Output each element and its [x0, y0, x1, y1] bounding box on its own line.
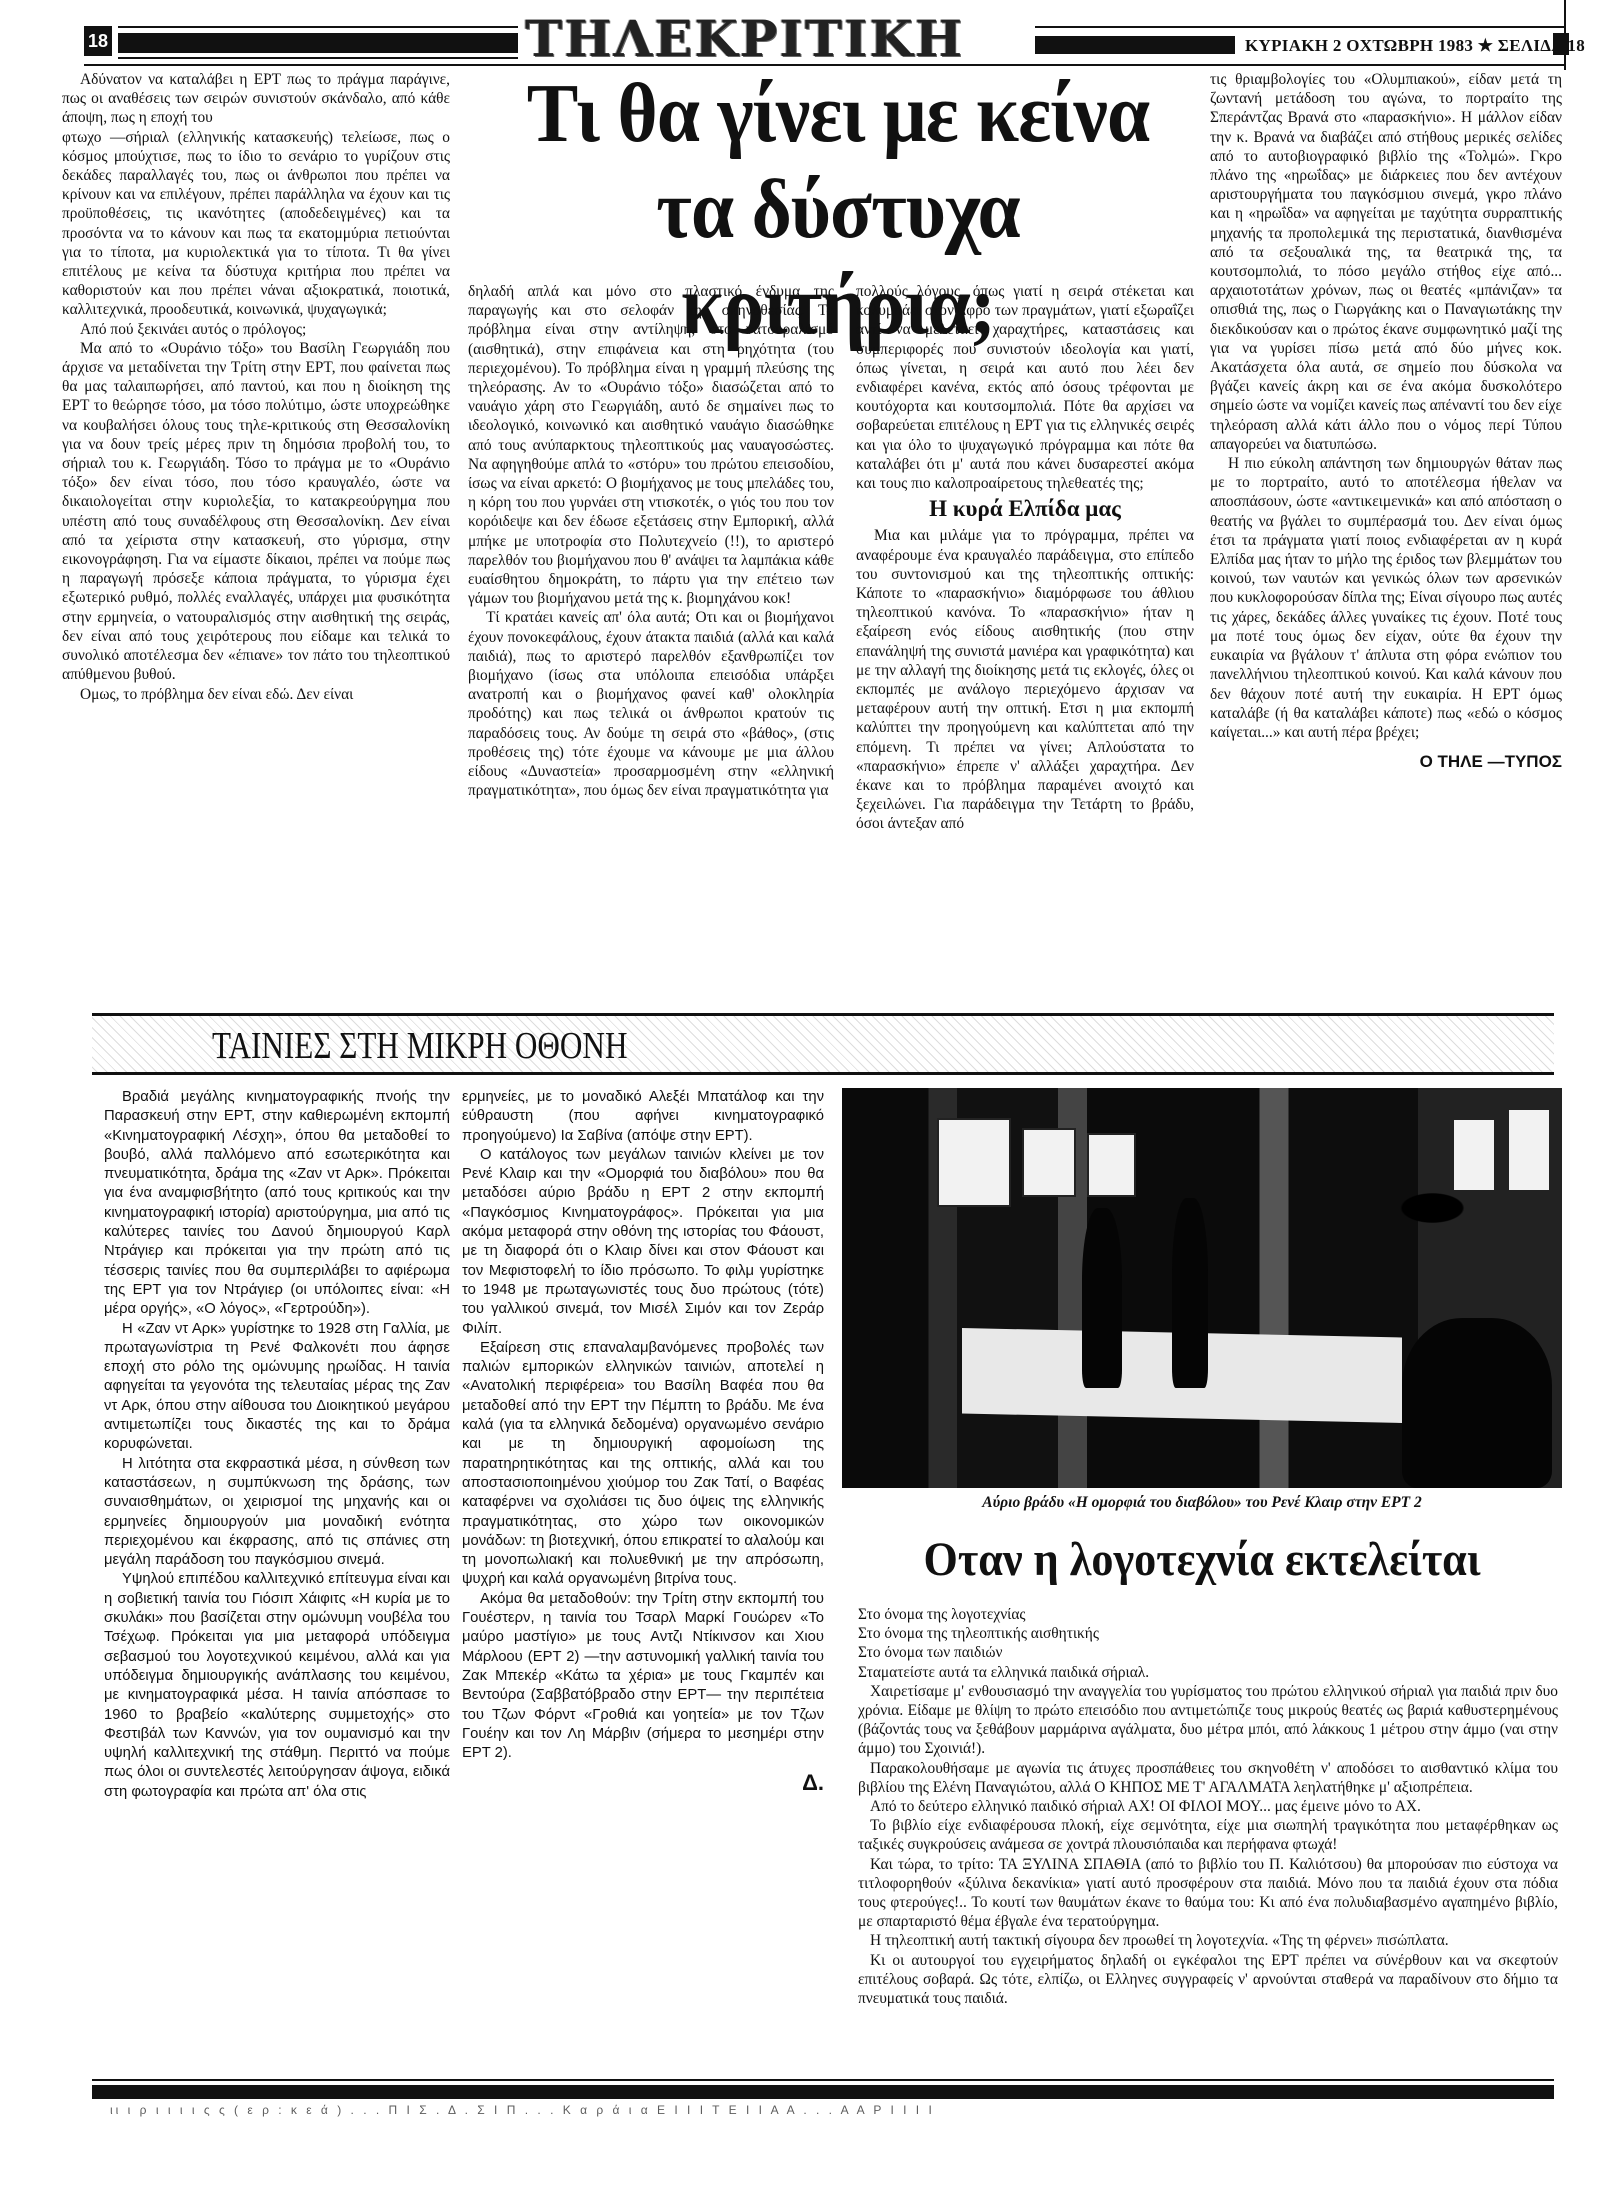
paragraph: πολλούς λόγους, όπως γιατί η σειρά στέκε…: [856, 282, 1194, 493]
paragraph: Από το δεύτερο ελληνικό παιδικό σήριαλ Α…: [858, 1797, 1558, 1816]
footer-rule: [92, 2079, 1554, 2081]
section-banner: ΤΑΙΝΙΕΣ ΣΤΗ ΜΙΚΡΗ ΟΘΟΝΗ: [92, 1013, 1554, 1075]
header-rule-top: [118, 26, 518, 28]
photo-figure: [1082, 1208, 1122, 1388]
paragraph: Η λιτότητα στα εκφραστικά μέσα, η σύνθεσ…: [104, 1455, 450, 1571]
verse-line: Στο όνομα των παιδιών: [858, 1643, 1558, 1662]
header-bar-left: [118, 33, 518, 53]
paragraph: Τί κρατάει κανείς απ' όλα αυτά; Οτι και …: [468, 608, 834, 800]
paragraph: τις θριαμβολογίες του «Ολυμπιακού», είδα…: [1210, 70, 1562, 454]
verse-line: Σταματείστε αυτά τα ελληνικά παιδικά σήρ…: [858, 1663, 1558, 1682]
paragraph: Παρακολουθήσαμε με αγωνία τις άτυχες προ…: [858, 1759, 1558, 1797]
page-number: 18: [84, 26, 112, 56]
paragraph: Υψηλού επιπέδου καλλιτεχνικό επίτευγμα ε…: [104, 1570, 450, 1802]
top-article-col1: Αδύνατον να καταλάβει η ΕΡΤ πως το πράγμ…: [62, 70, 450, 704]
literature-article-body: Στο όνομα της λογοτεχνίας Στο όνομα της …: [858, 1605, 1558, 2008]
top-article-col4: τις θριαμβολογίες του «Ολυμπιακού», είδα…: [1210, 70, 1562, 771]
paragraph: Μια και μιλάμε για το πρόγραμμα, πρέπει …: [856, 526, 1194, 833]
headline-line-1: Τι θα γίνει με κείνα: [498, 66, 1179, 162]
photo-poster: [1022, 1128, 1076, 1197]
paragraph: Εξαίρεση στις επαναλαμβανόμενες προβολές…: [462, 1339, 824, 1590]
paragraph: Χαιρετίσαμε μ' ενθουσιασμό την αναγγελία…: [858, 1682, 1558, 1759]
top-article-col3: πολλούς λόγους, όπως γιατί η σειρά στέκε…: [856, 282, 1194, 834]
top-article-col2: δηλαδή απλά και μόνο στο πλαστικό ένδυμα…: [468, 282, 834, 800]
paragraph: Η «Ζαν ντ Αρκ» γυρίστηκε το 1928 στη Γαλ…: [104, 1320, 450, 1455]
film-still-photo: [842, 1088, 1562, 1488]
photo-poster: [1452, 1118, 1496, 1192]
footer-band: [92, 2085, 1554, 2099]
films-article-col2: ερμηνείες, με το μοναδικό Αλεξέι Μπατάλο…: [462, 1088, 824, 1793]
header-rule-bottom: [118, 57, 518, 59]
paragraph: Το βιβλίο είχε ενδιαφέρουσα πλοκή, είχε …: [858, 1816, 1558, 1854]
header-rule-top-right: [1035, 26, 1565, 28]
verse-line: Στο όνομα της τηλεοπτικής αισθητικής: [858, 1624, 1558, 1643]
paragraph: Από πού ξεκινάει αυτός ο πρόλογος;: [62, 320, 450, 339]
photo-figure: [1172, 1198, 1208, 1388]
paragraph: δηλαδή απλά και μόνο στο πλαστικό ένδυμα…: [468, 282, 834, 608]
paragraph: Και τώρα, το τρίτο: ΤΑ ΞΥΛΙΝΑ ΣΠΑΘΙΑ (απ…: [858, 1855, 1558, 1932]
paragraph: Κι οι αυτουργοί του εγχειρήματος δηλαδή …: [858, 1951, 1558, 2009]
date-line: ΚΥΡΙΑΚΗ 2 ΟΧΤΩΒΡΗ 1983 ★ ΣΕΛΙΔΑ 18: [1245, 36, 1585, 56]
photo-figure: [1402, 1318, 1552, 1488]
paragraph: Αδύνατον να καταλάβει η ΕΡΤ πως το πράγμ…: [62, 70, 450, 128]
paragraph: Μα από το «Ουράνιο τόξο» του Βασίλη Γεωρ…: [62, 339, 450, 685]
header-end-block: [1553, 33, 1569, 55]
photo-caption: Αύριο βράδυ «Η ομορφιά του διαβόλου» του…: [842, 1494, 1562, 1512]
subheadline: Η κυρά Ελπίδα μας: [856, 499, 1194, 518]
paragraph: Η τηλεοπτική αυτή τακτική σίγουρα δεν πρ…: [858, 1931, 1558, 1950]
section-masthead: ΤΗΛΕΚΡΙΤΙΚΗ: [525, 14, 964, 64]
paragraph: ερμηνείες, με το μοναδικό Αλεξέι Μπατάλο…: [462, 1088, 824, 1146]
footer-bleed-text: ιι ι ρ ι ι ι ι ς ς ( ε ρ : κ ε ά ) . . .…: [110, 2103, 1550, 2117]
films-article-col1: Βραδιά μεγάλης κινηματογραφικής πνοής τη…: [104, 1088, 450, 1802]
paragraph: Ακόμα θα μεταδοθούν: την Τρίτη στην εκπο…: [462, 1590, 824, 1764]
paragraph: Ομως, το πρόβλημα δεν είναι εδώ. Δεν είν…: [62, 685, 450, 704]
photo-poster: [1507, 1108, 1551, 1192]
verse-line: Στο όνομα της λογοτεχνίας: [858, 1605, 1558, 1624]
section-banner-title: ΤΑΙΝΙΕΣ ΣΤΗ ΜΙΚΡΗ ΟΘΟΝΗ: [212, 1024, 627, 1068]
byline: Δ.: [462, 1773, 824, 1792]
paragraph: Η πιο εύκολη απάντηση των δημιουργών θάτ…: [1210, 454, 1562, 742]
paragraph: φτωχο —σήριαλ (ελληνικής κατασκευής) τελ…: [62, 128, 450, 320]
photo-poster: [1087, 1133, 1136, 1197]
byline: Ο ΤΗΛΕ —ΤΥΠΟΣ: [1210, 752, 1562, 771]
paragraph: Βραδιά μεγάλης κινηματογραφικής πνοής τη…: [104, 1088, 450, 1320]
photo-poster: [937, 1118, 1011, 1207]
paragraph: Ο κατάλογος των μεγάλων ταινιών κλείνει …: [462, 1146, 824, 1339]
header-bar-right: [1035, 36, 1235, 54]
literature-headline: Οταν η λογοτεχνία εκτελείται: [871, 1530, 1533, 1590]
